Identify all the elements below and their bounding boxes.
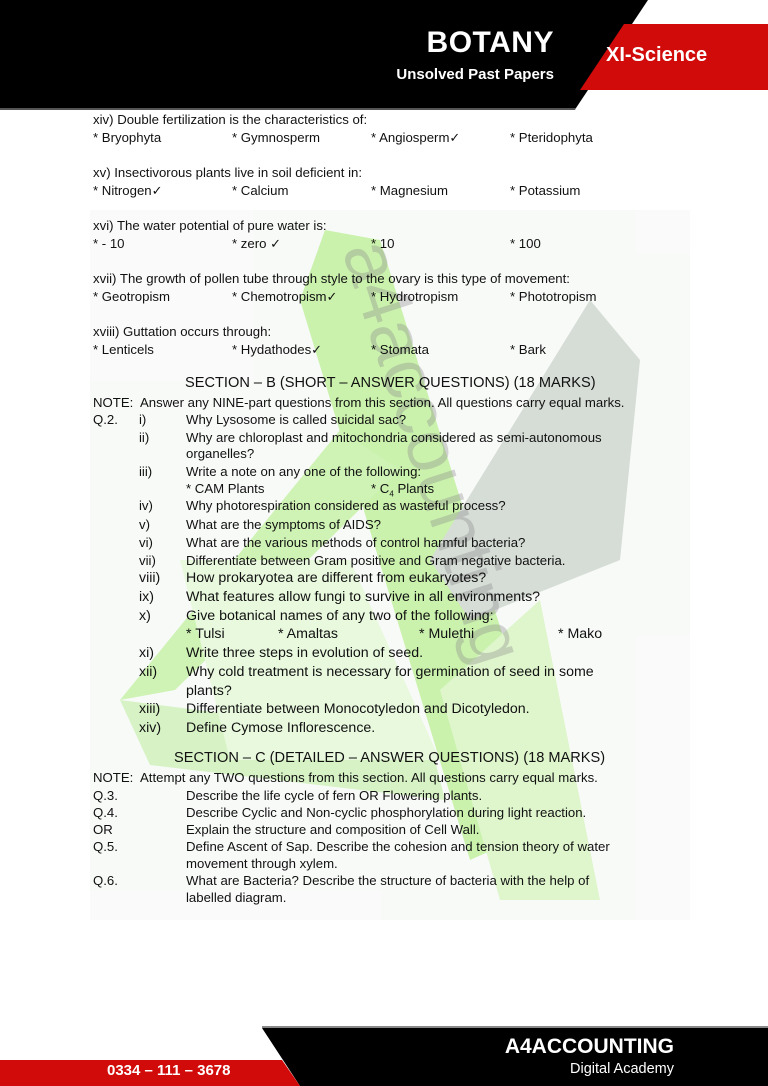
mcq-question: The growth of pollen tube through style … (120, 271, 570, 286)
mcq-option: * Chemotropism✓ (232, 289, 338, 305)
part-text: What are the various methods of control … (186, 535, 525, 550)
question-number: Q.5. (93, 839, 118, 854)
mcq-option: * Gymnosperm (232, 130, 320, 145)
part-number: ii) (139, 430, 149, 445)
mcq-option: * Bryophyta (93, 130, 161, 145)
question-text: What are Bacteria? Describe the structur… (186, 873, 589, 888)
part-number: iii) (139, 464, 152, 479)
subject-subtitle: Unsolved Past Papers (396, 66, 554, 83)
mcq-option: * Nitrogen✓ (93, 183, 163, 199)
mcq-number: xiv) (93, 112, 114, 127)
part-number: v) (139, 517, 150, 532)
part-option: * Mulethi (419, 626, 474, 642)
part-text: What are the symptoms of AIDS? (186, 517, 381, 532)
question-text-cont: movement through xylem. (186, 856, 338, 871)
mcq-option: * zero ✓ (232, 236, 281, 252)
mcq-option: * 10 (371, 236, 394, 251)
part-option: * Mako (558, 626, 602, 642)
mcq-option: * Hydrotropism (371, 289, 458, 304)
section-c-note: Attempt any TWO questions from this sect… (140, 770, 598, 785)
mcq-question: Guttation occurs through: (123, 324, 271, 339)
part-number: xii) (139, 664, 157, 680)
question-number: Q.3. (93, 788, 118, 803)
section-c-title: SECTION – C (DETAILED – ANSWER QUESTIONS… (174, 750, 605, 766)
part-number: iv) (139, 498, 153, 513)
mcq-option: * Geotropism (93, 289, 170, 304)
part-number: i) (139, 412, 146, 427)
class-label: XI-Science (606, 44, 707, 67)
part-number: xi) (139, 645, 154, 661)
part-text-cont: organelles? (186, 446, 254, 461)
part-text: Why photorespiration considered as waste… (186, 498, 506, 513)
part-text: Why cold treatment is necessary for germ… (186, 664, 594, 680)
part-text-cont: plants? (186, 683, 232, 699)
mcq-question: Double fertilization is the characterist… (117, 112, 367, 127)
part-number: ix) (139, 589, 154, 605)
footer-brand: A4ACCOUNTING (505, 1035, 674, 1059)
mcq-option: * Pteridophyta (510, 130, 593, 145)
mcq-question: The water potential of pure water is: (117, 218, 327, 233)
part-number: x) (139, 608, 151, 624)
section-b-note: Answer any NINE-part questions from this… (140, 395, 624, 410)
mcq-question: Insectivorous plants live in soil defici… (114, 165, 362, 180)
mcq-option: * Phototropism (510, 289, 597, 304)
section-b-title: SECTION – B (SHORT – ANSWER QUESTIONS) (… (185, 375, 596, 391)
mcq-option: * Calcium (232, 183, 288, 198)
part-text: Why are chloroplast and mitochondria con… (186, 430, 602, 445)
footer-brand-subtitle: Digital Academy (570, 1061, 674, 1077)
part-number: xiv) (139, 720, 161, 736)
mcq-number: xv) (93, 165, 111, 180)
section-c-note-label: NOTE: (93, 770, 133, 785)
part-option: * Amaltas (278, 626, 338, 642)
part-number: viii) (139, 570, 160, 586)
question-text: Describe Cyclic and Non-cyclic phosphory… (186, 805, 586, 820)
question-text-cont: labelled diagram. (186, 890, 286, 905)
part-number: xiii) (139, 701, 160, 717)
mcq-number: xvii) (93, 271, 116, 286)
question-text: Explain the structure and composition of… (186, 822, 479, 837)
mcq-option: * Lenticels (93, 342, 154, 357)
part-number: vii) (139, 553, 156, 568)
footer-phone: 0334 – 111 – 3678 (107, 1062, 230, 1079)
mcq-option: * Hydathodes✓ (232, 342, 322, 358)
subject-title: BOTANY (427, 26, 554, 60)
question-number: Q.4. (93, 805, 118, 820)
part-option: * C4 Plants (371, 481, 434, 499)
part-option: * CAM Plants (186, 481, 264, 496)
part-text: Write three steps in evolution of seed. (186, 645, 423, 661)
question-text: Define Ascent of Sap. Describe the cohes… (186, 839, 610, 854)
question-number: OR (93, 822, 113, 837)
part-option: * Tulsi (186, 626, 225, 642)
mcq-option: * Bark (510, 342, 546, 357)
part-number: vi) (139, 535, 153, 550)
part-text: Write a note on any one of the following… (186, 464, 421, 479)
mcq-option: * Potassium (510, 183, 580, 198)
mcq-option: * - 10 (93, 236, 125, 251)
question-text: Describe the life cycle of fern OR Flowe… (186, 788, 482, 803)
part-text: Why Lysosome is called suicidal sac? (186, 412, 406, 427)
question-number: Q.6. (93, 873, 118, 888)
question-label: Q.2. (93, 412, 118, 427)
part-text: How prokaryotea are different from eukar… (186, 570, 486, 586)
section-b-note-label: NOTE: (93, 395, 133, 410)
mcq-number: xvi) (93, 218, 114, 233)
part-text: Give botanical names of any two of the f… (186, 608, 494, 624)
part-text: Define Cymose Inflorescence. (186, 720, 375, 736)
part-text: Differentiate between Monocotyledon and … (186, 701, 530, 717)
mcq-number: xviii) (93, 324, 119, 339)
mcq-option: * Stomata (371, 342, 429, 357)
part-text: What features allow fungi to survive in … (186, 589, 540, 605)
mcq-option: * 100 (510, 236, 541, 251)
part-text: Differentiate between Gram positive and … (186, 553, 565, 568)
mcq-option: * Magnesium (371, 183, 448, 198)
mcq-option: * Angiosperm✓ (371, 130, 461, 146)
